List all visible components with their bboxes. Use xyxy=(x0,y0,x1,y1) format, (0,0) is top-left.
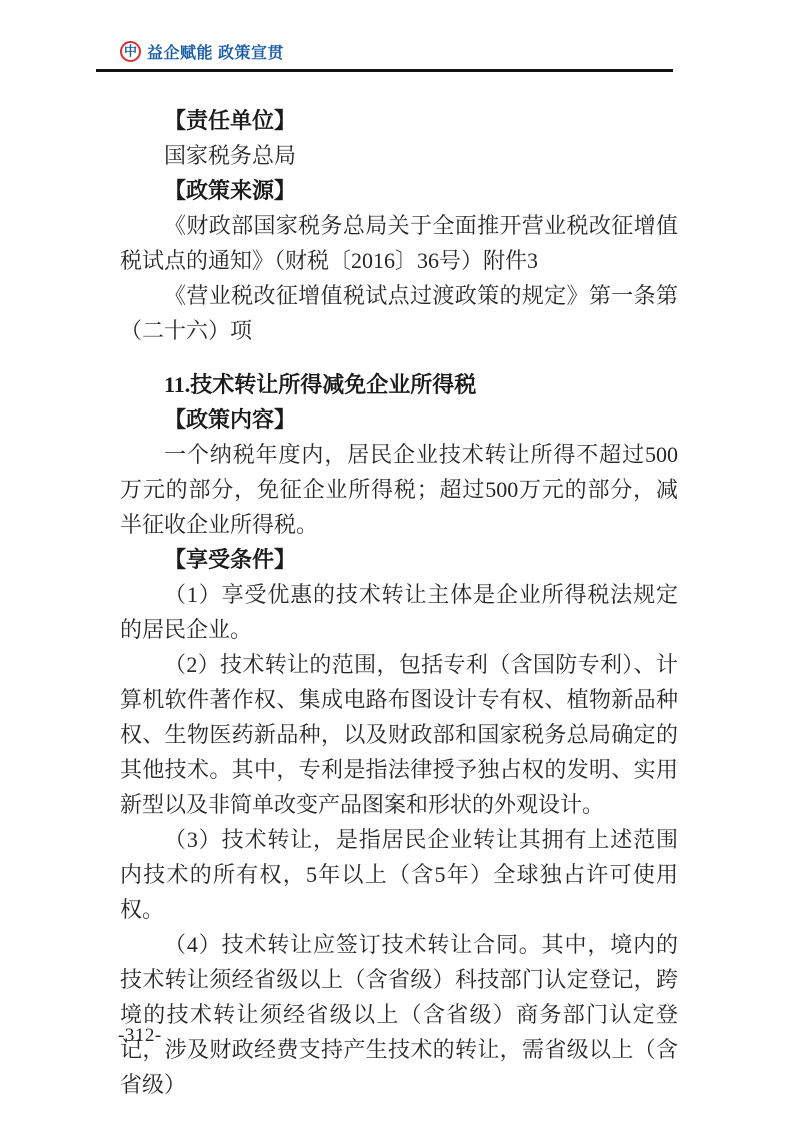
brand-logo-glyph: 中 xyxy=(124,45,137,58)
body: 国家税务总局 xyxy=(120,138,678,173)
body: （2）技术转让的范围，包括专利（含国防专利）、计算机软件著作权、集成电路布图设计… xyxy=(120,647,678,822)
page-number: -312- xyxy=(118,1025,162,1047)
section-label: 【责任单位】 xyxy=(120,103,678,138)
body: （3）技术转让，是指居民企业转让其拥有上述范围内技术的所有权，5年以上（含5年）… xyxy=(120,822,678,927)
body: （1）享受优惠的技术转让主体是企业所得税法规定的居民企业。 xyxy=(120,577,678,647)
section-label: 【享受条件】 xyxy=(120,542,678,577)
body: 《营业税改征增值税试点过渡政策的规定》第一条第（二十六）项 xyxy=(120,278,678,348)
body: （4）技术转让应签订技术转让合同。其中，境内的技术转让须经省级以上（含省级）科技… xyxy=(120,927,678,1102)
document-body: 【责任单位】国家税务总局【政策来源】《财政部国家税务总局关于全面推开营业税改征增… xyxy=(120,103,678,1102)
section-label: 【政策来源】 xyxy=(120,173,678,208)
brand-text: 益企赋能 政策宣贯 xyxy=(147,40,284,63)
section-label: 【政策内容】 xyxy=(120,402,678,437)
body: 一个纳税年度内，居民企业技术转让所得不超过500万元的部分，免征企业所得税；超过… xyxy=(120,437,678,542)
brand-logo-icon: 中 xyxy=(120,41,141,62)
header-row: 中 益企赋能 政策宣贯 xyxy=(96,40,673,72)
section-heading: 11.技术转让所得减免企业所得税 xyxy=(120,367,678,402)
body: 《财政部国家税务总局关于全面推开营业税改征增值税试点的通知》（财税〔2016〕3… xyxy=(120,208,678,278)
document-page: 中 益企赋能 政策宣贯 【责任单位】国家税务总局【政策来源】《财政部国家税务总局… xyxy=(0,0,794,1122)
page-header: 中 益企赋能 政策宣贯 xyxy=(96,40,673,72)
